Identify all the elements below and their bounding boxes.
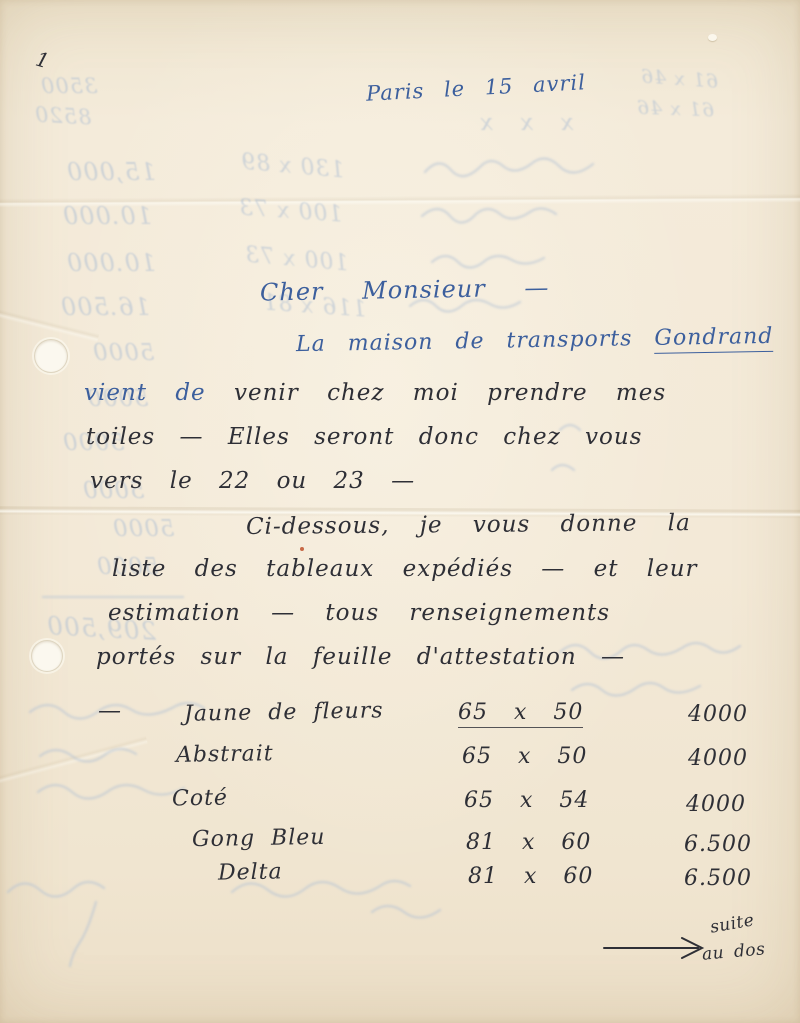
salutation: Cher Monsieur — <box>260 273 550 306</box>
painting-dimensions: 65 x 50 <box>458 700 583 728</box>
painting-price: 4000 <box>686 792 746 817</box>
painting-dimensions: 81 x 60 <box>468 864 593 889</box>
painting-title: Delta <box>218 859 283 885</box>
ghost-price: 5000 <box>92 340 155 366</box>
ghost-price: 5000 <box>112 516 175 542</box>
painting-dimensions: 81 x 60 <box>466 830 591 855</box>
painting-price: 6.500 <box>684 866 752 891</box>
ghost-price: 3500 <box>40 74 97 98</box>
painting-dimensions: 65 x 54 <box>464 788 589 813</box>
list-dash: — <box>98 698 122 724</box>
painting-price: 4000 <box>688 746 748 771</box>
painting-title: Coté <box>172 786 228 812</box>
ghost-total-underline <box>42 596 184 598</box>
body-line-1: vient de venir chez moi prendre mes <box>84 380 666 406</box>
body-line-1-dark: venir chez moi prendre mes <box>234 380 666 406</box>
painting-price: 6.500 <box>684 832 752 857</box>
painting-title: Jaune de fleurs <box>184 698 384 726</box>
body-line-1-blue: vient de <box>84 380 206 406</box>
body-line-7: portés sur la feuille d'attestation — <box>96 644 625 670</box>
ghost-price: 10.000 <box>62 202 152 230</box>
letter-page: 3500 8520 61 x 46 61 x 46 x x x 130 x 89… <box>0 0 800 1023</box>
painting-dimensions: 65 x 50 <box>462 744 587 769</box>
ghost-crosses: x x x <box>470 110 574 136</box>
transport-company-name: Gondrand <box>654 324 773 354</box>
painting-price: 4000 <box>688 702 748 727</box>
body-line-2: toiles — Elles seront donc chez vous <box>86 424 642 450</box>
painting-title: Gong Bleu <box>192 825 326 852</box>
ghost-price: 15,000 <box>66 158 156 186</box>
body-line-5: liste des tableaux expédiés — et leur <box>112 556 698 582</box>
ghost-price: 10.000 <box>66 249 156 277</box>
painting-title: Abstrait <box>176 741 274 768</box>
body-line-3: vers le 22 ou 23 — <box>90 468 415 494</box>
body-line-6: estimation — tous renseignements <box>108 600 610 626</box>
body-line-4: Ci-dessous, je vous donne la <box>246 510 691 540</box>
ghost-dimensions: 61 x 46 <box>636 97 715 122</box>
ghost-price: 16.500 <box>60 293 150 321</box>
ghost-price: 8520 <box>33 103 92 130</box>
